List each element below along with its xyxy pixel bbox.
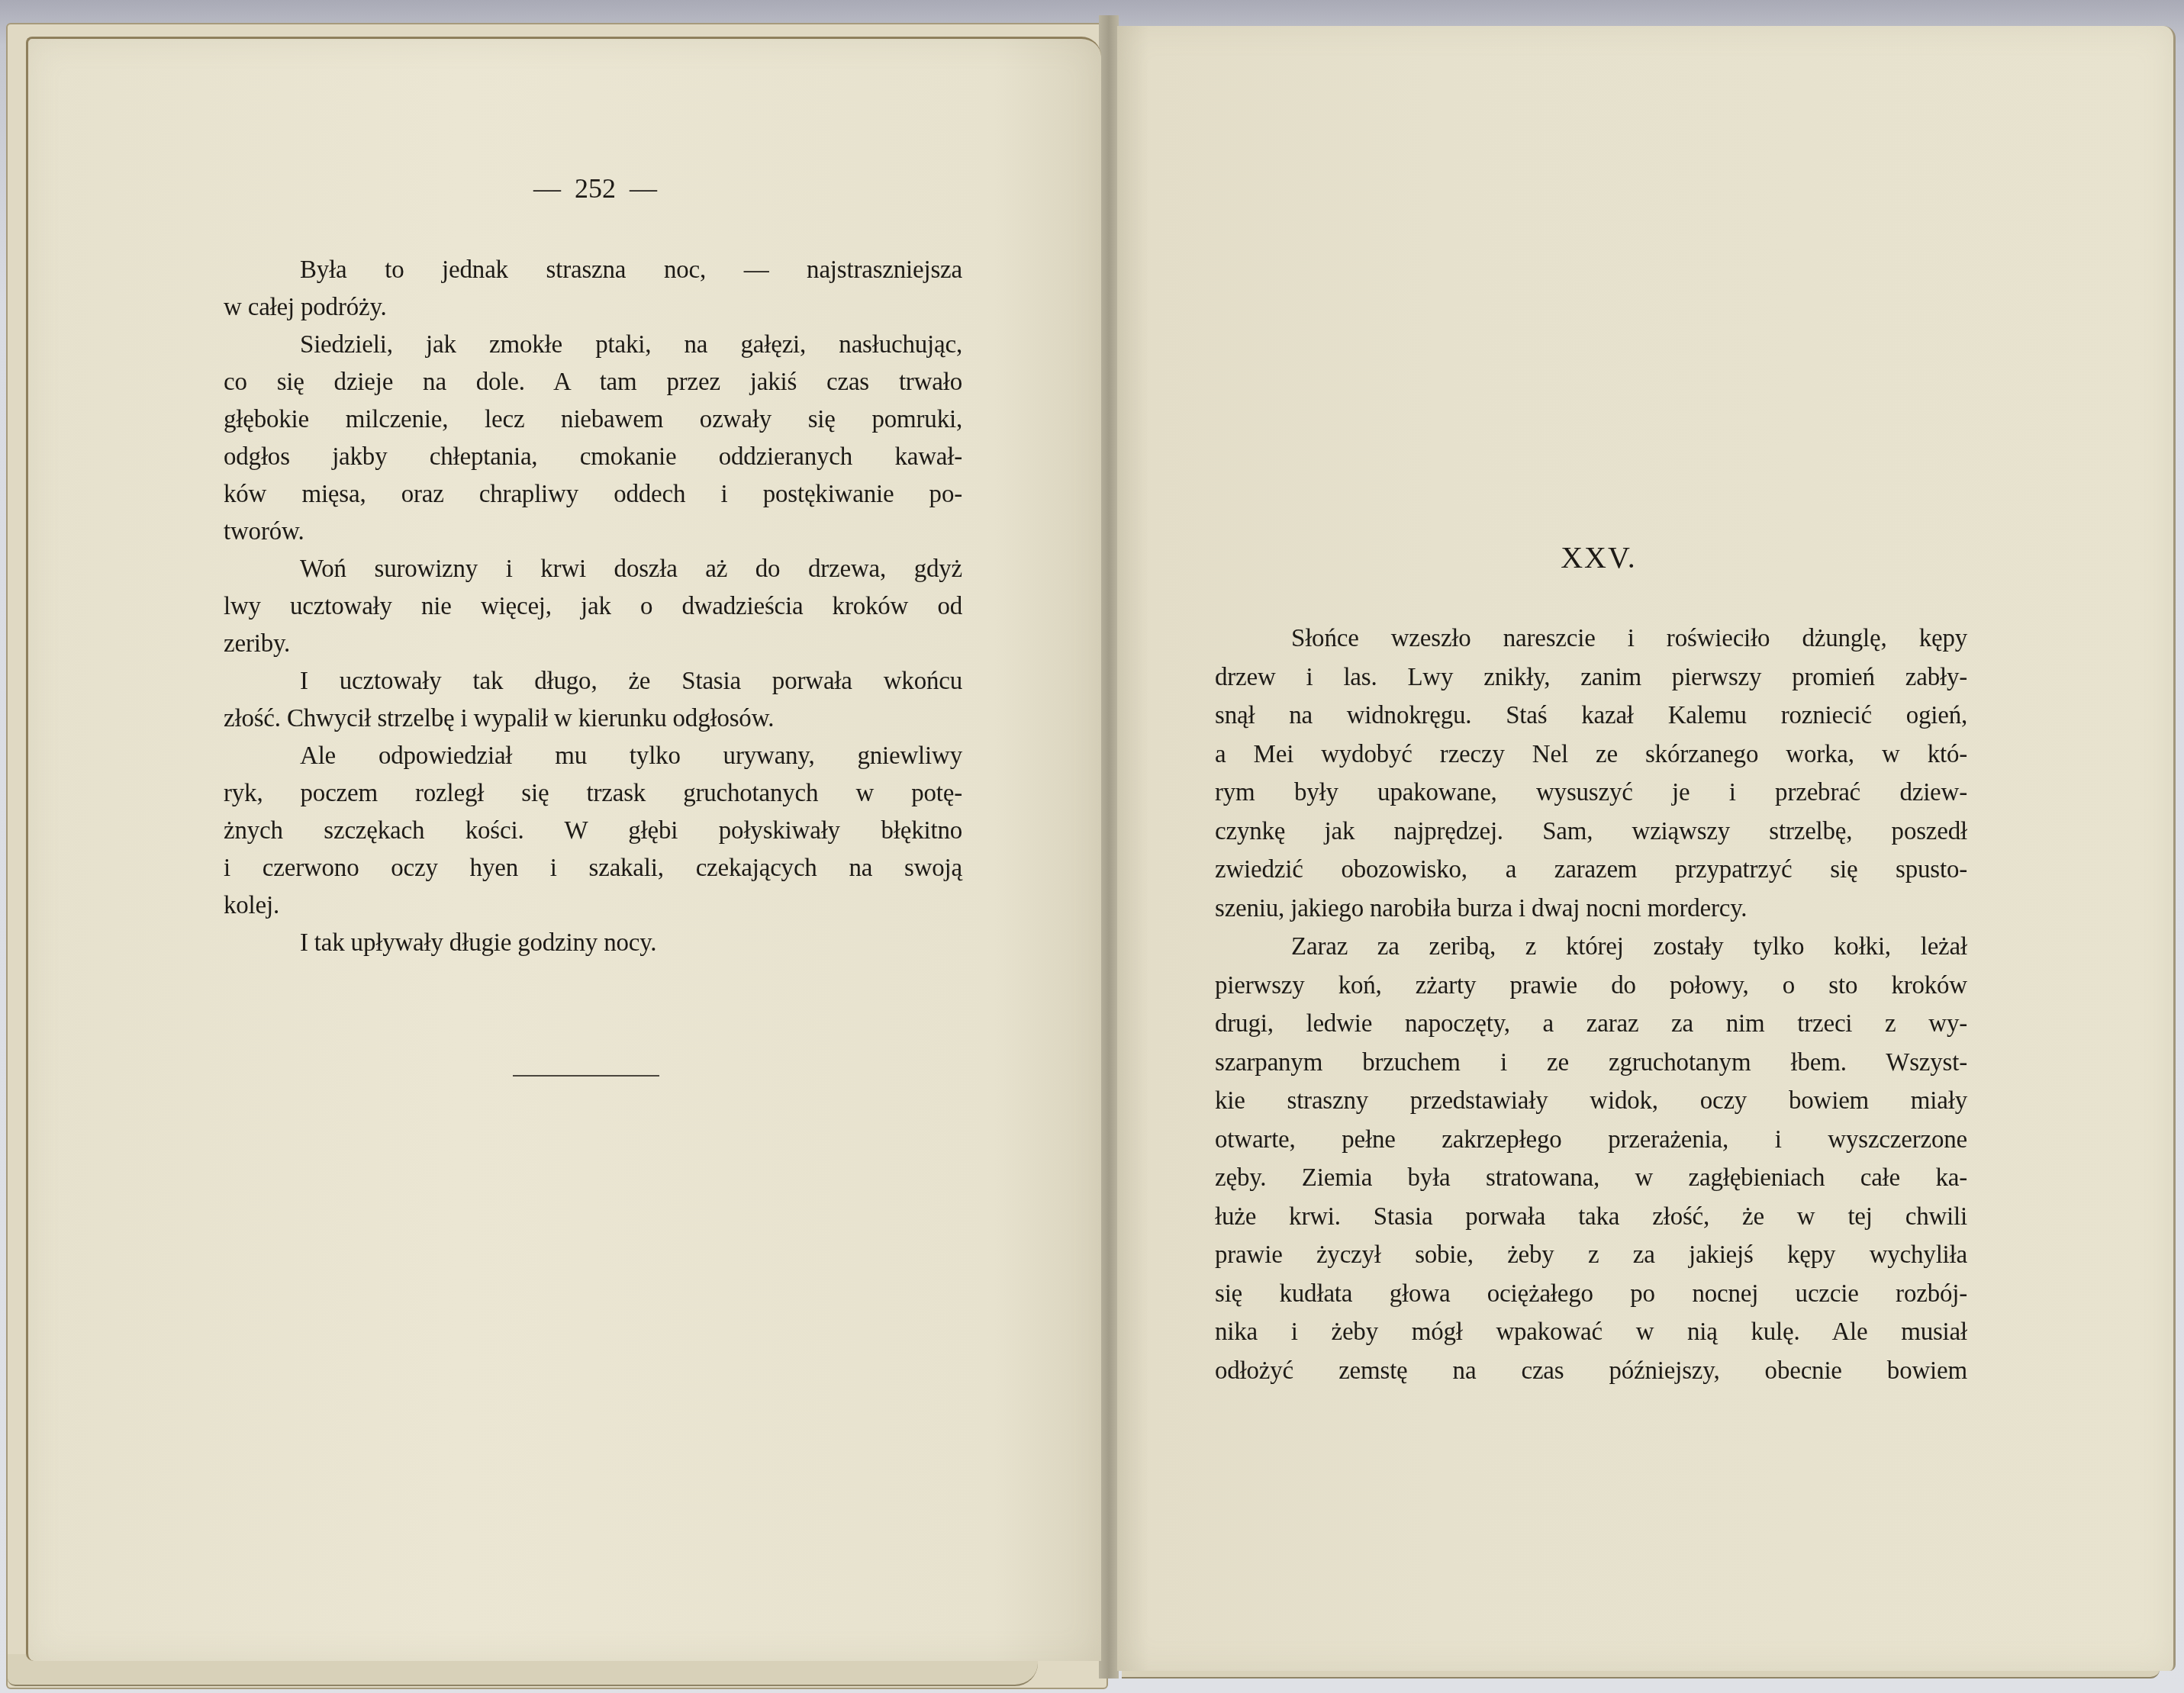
text-line: I tak upływały długie godziny nocy. (224, 925, 962, 962)
text-line: żnych szczękach kości. W głębi połyskiwa… (224, 813, 962, 850)
section-end-rule (513, 1075, 659, 1077)
text-line: zwiedzić obozowisko, a zarazem przypatrz… (1215, 851, 1967, 890)
text-line: Woń surowizny i krwi doszła aż do drzewa… (224, 551, 962, 588)
text-line: pierwszy koń, zżarty prawie do połowy, o… (1215, 967, 1967, 1006)
text-line: złość. Chwycił strzelbę i wypalił w kier… (224, 700, 962, 738)
text-line: zęby. Ziemia była stratowana, w zagłębie… (1215, 1159, 1967, 1198)
text-line: a Mei wydobyć rzeczy Nel ze skórzanego w… (1215, 735, 1967, 774)
text-line: się kudłata głowa ociężałego po nocnej u… (1215, 1275, 1967, 1314)
chapter-heading: XXV. (1549, 539, 1648, 575)
text-line: w całej podróży. (224, 289, 962, 327)
text-line: Siedzieli, jak zmokłe ptaki, na gałęzi, … (224, 327, 962, 364)
text-line: nika i żeby mógł wpakować w nią kulę. Al… (1215, 1313, 1967, 1352)
text-line: odgłos jakby chłeptania, cmokanie oddzie… (224, 439, 962, 476)
text-line: I ucztowały tak długo, że Stasia porwała… (224, 663, 962, 700)
text-line: tworów. (224, 513, 962, 551)
text-line: Ale odpowiedział mu tylko urywany, gniew… (224, 738, 962, 775)
text-line: co się dzieje na dole. A tam przez jakiś… (224, 364, 962, 401)
text-line: otwarte, pełne zakrzepłego przerażenia, … (1215, 1121, 1967, 1160)
text-line: prawie życzył sobie, żeby z za jakiejś k… (1215, 1236, 1967, 1275)
text-line: drzew i las. Lwy znikły, zanim pierwszy … (1215, 658, 1967, 697)
text-line: ków mięsa, oraz chrapliwy oddech i postę… (224, 476, 962, 513)
text-line: i czerwono oczy hyen i szakali, czekając… (224, 850, 962, 887)
text-line: szeniu, jakiego narobiła burza i dwaj no… (1215, 890, 1967, 929)
text-line: łuże krwi. Stasia porwała taka złość, że… (1215, 1198, 1967, 1237)
text-line: Była to jednak straszna noc, — najstrasz… (224, 252, 962, 289)
page-number: — 252 — (514, 172, 677, 204)
text-line: lwy ucztowały nie więcej, jak o dwadzieś… (224, 588, 962, 626)
text-line: zeriby. (224, 626, 962, 663)
text-line: ryk, poczem rozległ się trzask gruchotan… (224, 775, 962, 813)
text-line: snął na widnokręgu. Staś kazał Kalemu ro… (1215, 697, 1967, 735)
text-line: Słońce wzeszło nareszcie i roświeciło dż… (1215, 620, 1967, 658)
text-line: Zaraz za zeribą, z której zostały tylko … (1215, 928, 1967, 967)
text-line: kie straszny przedstawiały widok, oczy b… (1215, 1082, 1967, 1121)
text-line: kolej. (224, 887, 962, 925)
text-line: szarpanym brzuchem i ze zgruchotanym łbe… (1215, 1044, 1967, 1083)
left-page-body-text: Była to jednak straszna noc, — najstrasz… (224, 252, 962, 962)
text-line: czynkę jak najprędzej. Sam, wziąwszy str… (1215, 813, 1967, 851)
book-spine-gutter (1099, 15, 1119, 1679)
text-line: rym były upakowane, wysuszyć je i przebr… (1215, 774, 1967, 813)
text-line: głębokie milczenie, lecz niebawem ozwały… (224, 401, 962, 439)
text-line: drugi, ledwie napoczęty, a zaraz za nim … (1215, 1005, 1967, 1044)
right-page-body-text: Słońce wzeszło nareszcie i roświeciło dż… (1215, 620, 1967, 1390)
text-line: odłożyć zemstę na czas późniejszy, obecn… (1215, 1352, 1967, 1391)
